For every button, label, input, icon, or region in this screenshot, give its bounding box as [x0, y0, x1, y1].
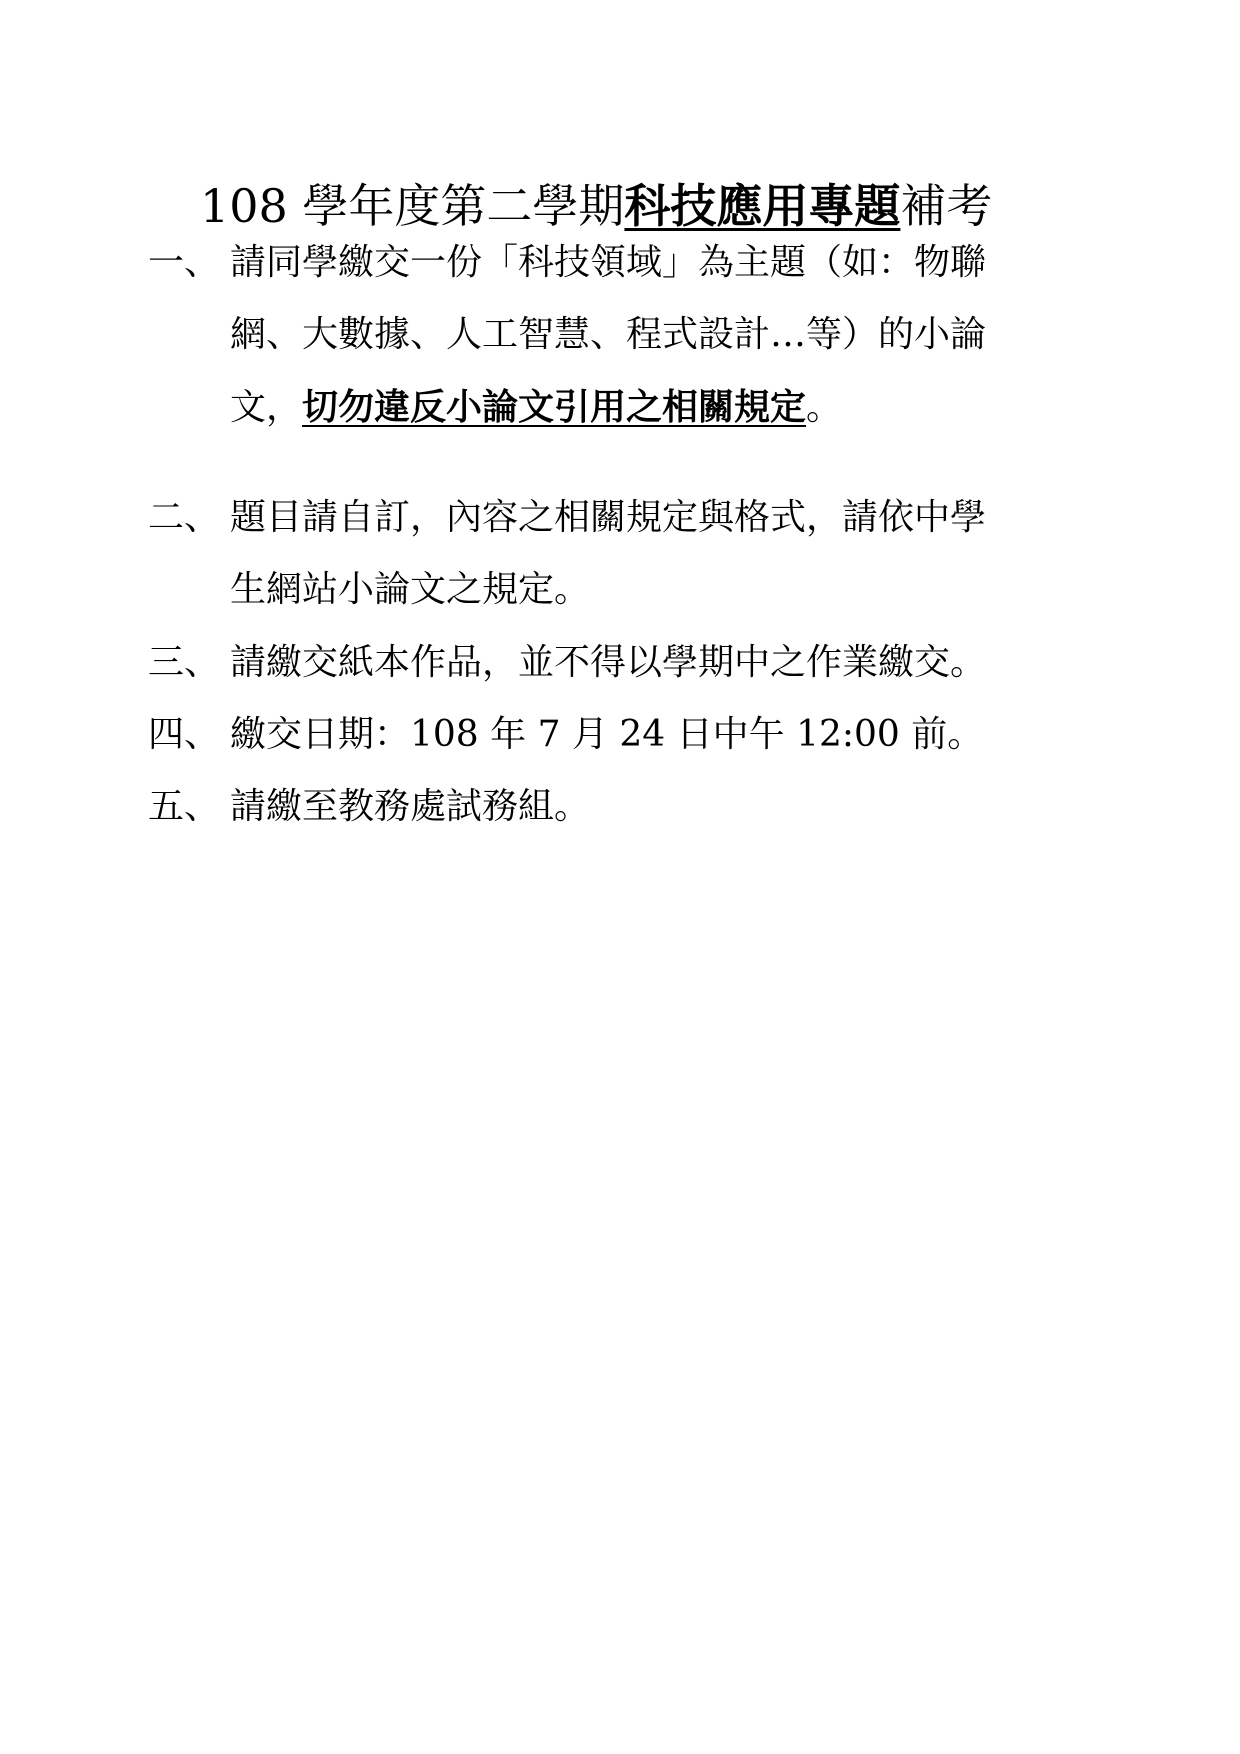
title-prefix: 108 學年度第二學期: [200, 179, 624, 233]
list-item-text: 題目請自訂，內容之相關規定與格式，請依中學: [230, 497, 986, 538]
list-item-1-line-1: 一、請同學繳交一份「科技領域」為主題（如：物聯: [148, 227, 1108, 299]
list-marker: 一、: [148, 227, 230, 299]
list-item-text: 繳交日期：108 年 7 月 24 日中午 12:00 前。: [230, 714, 983, 755]
document-title: 108 學年度第二學期科技應用專題補考: [200, 178, 1100, 234]
document-page: 108 學年度第二學期科技應用專題補考 一、請同學繳交一份「科技領域」為主題（如…: [0, 0, 1240, 1754]
list-item-5-line-1: 五、請繳至教務處試務組。: [148, 771, 1108, 843]
list-marker: 三、: [148, 627, 230, 699]
list-marker: 二、: [148, 482, 230, 554]
list-item-5: 五、請繳至教務處試務組。: [148, 771, 1108, 843]
list-item-1: 一、請同學繳交一份「科技領域」為主題（如：物聯 網、大數據、人工智慧、程式設計……: [148, 227, 1108, 444]
list-item-3-line-1: 三、請繳交紙本作品，並不得以學期中之作業繳交。: [148, 627, 1108, 699]
list-item-4: 四、繳交日期：108 年 7 月 24 日中午 12:00 前。: [148, 699, 1108, 771]
list-item-1-line-2: 網、大數據、人工智慧、程式設計…等）的小論: [148, 299, 1108, 371]
list-item-text: 請繳交紙本作品，並不得以學期中之作業繳交。: [230, 642, 986, 683]
list-marker: 四、: [148, 699, 230, 771]
list-item-4-line-1: 四、繳交日期：108 年 7 月 24 日中午 12:00 前。: [148, 699, 1108, 771]
list-item-1-line-3: 文，切勿違反小論文引用之相關規定。: [148, 371, 1108, 444]
title-suffix: 補考: [900, 179, 992, 233]
list-item-2: 二、題目請自訂，內容之相關規定與格式，請依中學 生網站小論文之規定。: [148, 482, 1108, 626]
list-item-text: 請繳至教務處試務組。: [230, 786, 590, 827]
citation-warning-emphasis: 切勿違反小論文引用之相關規定: [302, 386, 806, 428]
title-subject-emphasis: 科技應用專題: [624, 179, 900, 233]
line-prefix: 文，: [230, 387, 302, 428]
line-suffix: 。: [806, 387, 842, 428]
list-item-text: 請同學繳交一份「科技領域」為主題（如：物聯: [230, 242, 986, 283]
list-item-2-line-1: 二、題目請自訂，內容之相關規定與格式，請依中學: [148, 482, 1108, 554]
list-item-3: 三、請繳交紙本作品，並不得以學期中之作業繳交。: [148, 627, 1108, 699]
list-item-2-line-2: 生網站小論文之規定。: [148, 554, 1108, 626]
list-marker: 五、: [148, 771, 230, 843]
